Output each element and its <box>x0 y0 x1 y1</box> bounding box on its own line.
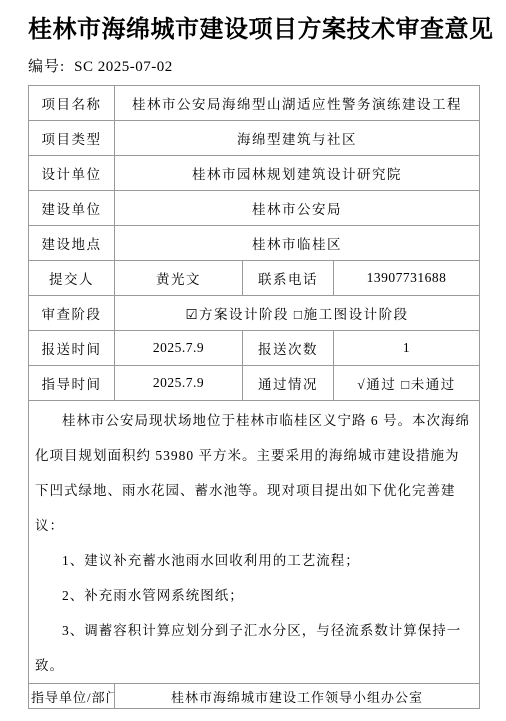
guidance-unit-label: 指导单位/部门 <box>29 684 115 709</box>
opinion-paragraph: 桂林市公安局现状场地位于桂林市临桂区义宁路 6 号。本次海绵化项目规划面积约 5… <box>35 403 471 543</box>
review-form-table: 项目名称 桂林市公安局海绵型山湖适应性警务演练建设工程 项目类型 海绵型建筑与社… <box>28 85 480 709</box>
guidance-unit-row: 指导单位/部门 桂林市海绵城市建设工作领导小组办公室 <box>29 684 480 709</box>
opinion-cell: 桂林市公安局现状场地位于桂林市临桂区义宁路 6 号。本次海绵化项目规划面积约 5… <box>29 401 480 684</box>
guidance-time-label: 指导时间 <box>29 366 115 401</box>
construction-unit-value: 桂林市公安局 <box>115 191 480 226</box>
construction-site-label: 建设地点 <box>29 226 115 261</box>
guidance-time-value: 2025.7.9 <box>115 366 243 401</box>
project-type-row: 项目类型 海绵型建筑与社区 <box>29 121 480 156</box>
design-unit-row: 设计单位 桂林市园林规划建筑设计研究院 <box>29 156 480 191</box>
submission-count-label: 报送次数 <box>243 331 334 366</box>
opinion-item-2: 2、补充雨水管网系统图纸； <box>35 578 471 613</box>
doc-number-line: 编号:SC 2025-07-02 <box>28 55 479 76</box>
guidance-unit-value: 桂林市海绵城市建设工作领导小组办公室 <box>115 684 480 709</box>
project-type-label: 项目类型 <box>29 121 115 156</box>
project-type-value: 海绵型建筑与社区 <box>115 121 480 156</box>
design-unit-value: 桂林市园林规划建筑设计研究院 <box>115 156 480 191</box>
construction-site-row: 建设地点 桂林市临桂区 <box>29 226 480 261</box>
submission-time-value: 2025.7.9 <box>115 331 243 366</box>
submitter-row: 提交人 黄光文 联系电话 13907731688 <box>29 261 480 296</box>
doc-number-label: 编号: <box>28 59 65 75</box>
pass-status-checkboxes: √通过 □未通过 <box>334 366 480 401</box>
project-name-label: 项目名称 <box>29 86 115 121</box>
submission-row: 报送时间 2025.7.9 报送次数 1 <box>29 331 480 366</box>
phone-label: 联系电话 <box>243 261 334 296</box>
guidance-time-row: 指导时间 2025.7.9 通过情况 √通过 □未通过 <box>29 366 480 401</box>
review-stage-label: 审查阶段 <box>29 296 115 331</box>
review-stage-checkboxes: ☑方案设计阶段 □施工图设计阶段 <box>115 296 480 331</box>
page-title: 桂林市海绵城市建设项目方案技术审查意见 <box>28 15 479 46</box>
pass-status-label: 通过情况 <box>243 366 334 401</box>
submission-count-value: 1 <box>334 331 480 366</box>
opinion-item-1: 1、建议补充蓄水池雨水回收利用的工艺流程； <box>35 543 471 578</box>
construction-unit-label: 建设单位 <box>29 191 115 226</box>
opinion-row: 桂林市公安局现状场地位于桂林市临桂区义宁路 6 号。本次海绵化项目规划面积约 5… <box>29 401 480 684</box>
document-page: 桂林市海绵城市建设项目方案技术审查意见 编号:SC 2025-07-02 项目名… <box>0 0 506 721</box>
phone-value: 13907731688 <box>334 261 480 296</box>
construction-unit-row: 建设单位 桂林市公安局 <box>29 191 480 226</box>
construction-site-value: 桂林市临桂区 <box>115 226 480 261</box>
project-name-row: 项目名称 桂林市公安局海绵型山湖适应性警务演练建设工程 <box>29 86 480 121</box>
design-unit-label: 设计单位 <box>29 156 115 191</box>
opinion-item-3: 3、调蓄容积计算应划分到子汇水分区，与径流系数计算保持一致。 <box>35 613 471 683</box>
project-name-value: 桂林市公安局海绵型山湖适应性警务演练建设工程 <box>115 86 480 121</box>
submitter-label: 提交人 <box>29 261 115 296</box>
doc-number-value: SC 2025-07-02 <box>74 59 173 75</box>
submission-time-label: 报送时间 <box>29 331 115 366</box>
submitter-value: 黄光文 <box>115 261 243 296</box>
review-stage-row: 审查阶段 ☑方案设计阶段 □施工图设计阶段 <box>29 296 480 331</box>
